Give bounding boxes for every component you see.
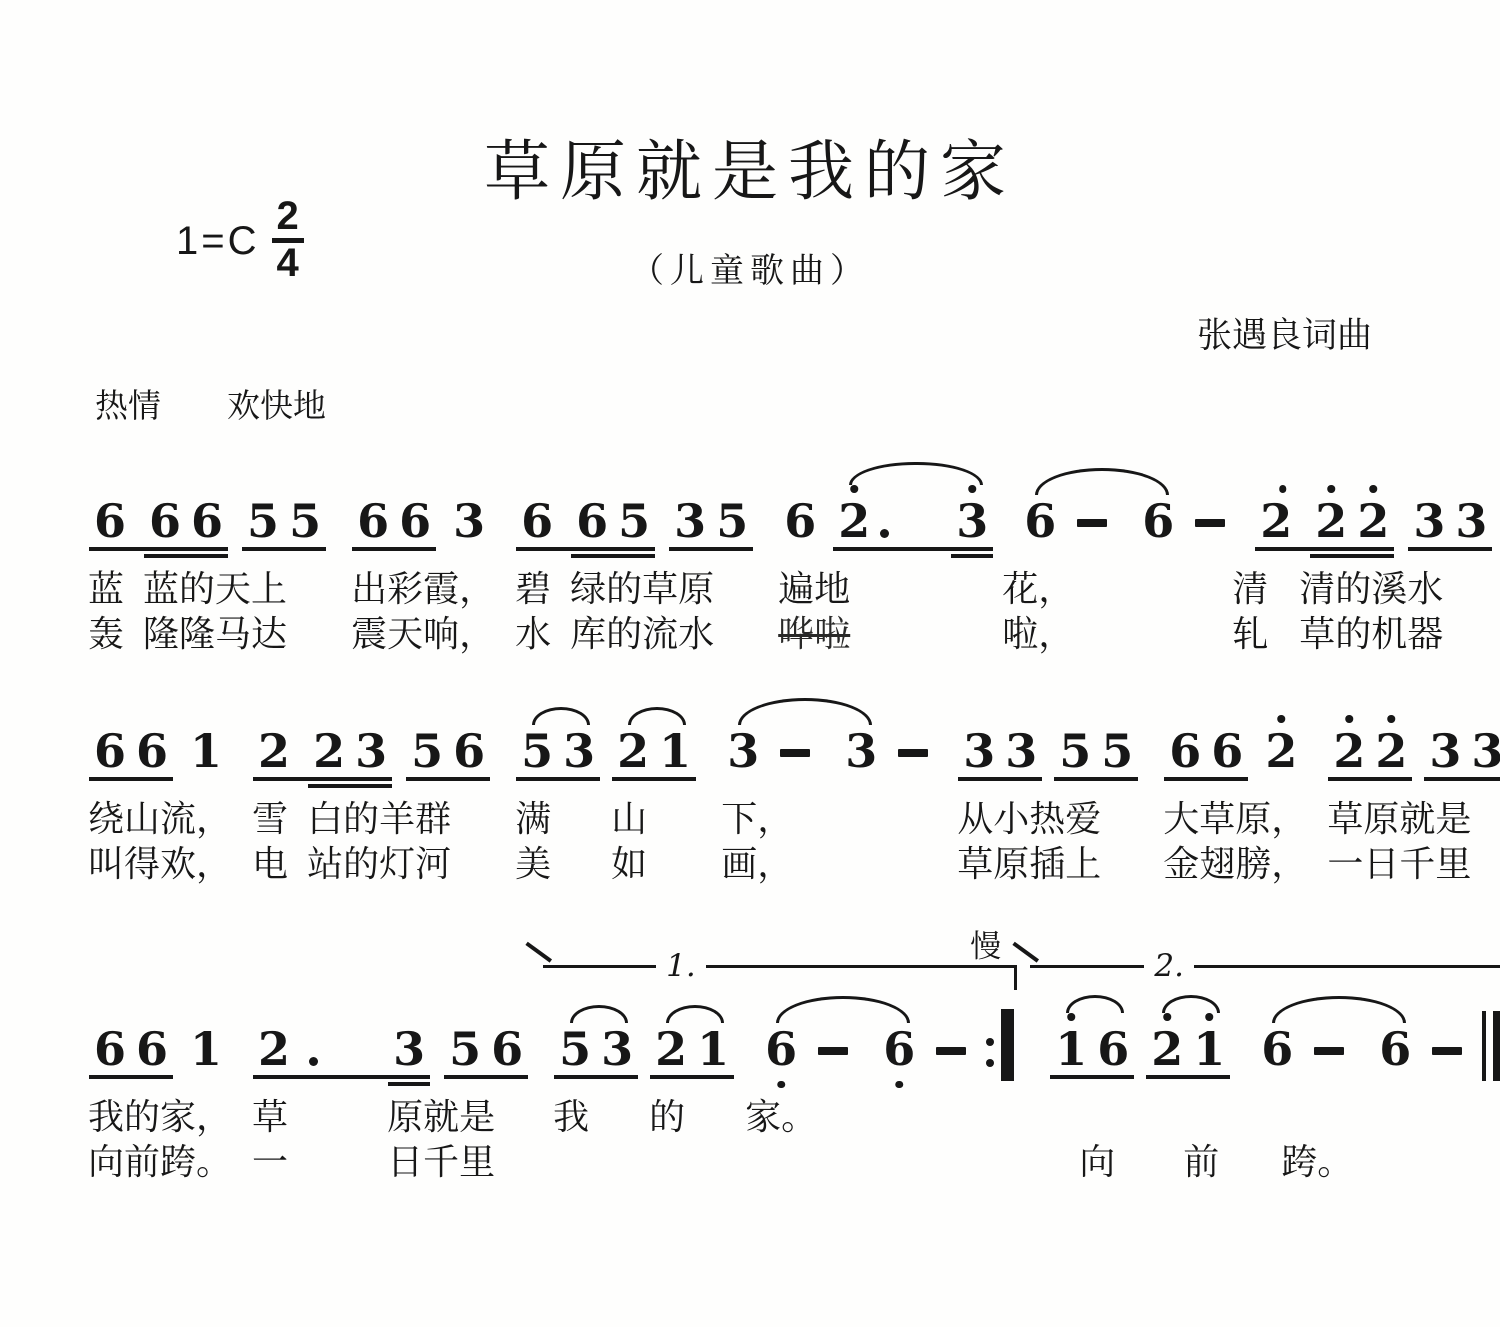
note-digit: 6 [491, 1027, 523, 1071]
measure: 6 [1252, 1027, 1352, 1071]
note-group: 6 [1256, 1027, 1298, 1071]
measure: 22233 [1251, 499, 1496, 543]
lyric-segment: 我的家， [88, 1089, 232, 1140]
octave-dot-high [1067, 1013, 1075, 1021]
underline-beam [1206, 777, 1248, 781]
note-group: 21 [612, 729, 696, 773]
note: 6 [1256, 1027, 1298, 1071]
note-group: 6 [779, 499, 821, 543]
underline-beam [131, 777, 173, 781]
note: 3 [558, 729, 600, 773]
note-digit: 3 [1455, 499, 1487, 543]
underline-beam [242, 547, 284, 551]
score-body: 66655663665356236622233蓝蓝的天上出彩霞，碧绿的草原遍地花… [0, 461, 1500, 1179]
underline-beam [1164, 777, 1206, 781]
note-digit: 2 [313, 729, 345, 773]
underline-beam [144, 547, 186, 551]
note-digit: 3 [956, 499, 988, 543]
lyric-segment: 一日千里 [1327, 836, 1471, 887]
note-digit: 3 [1429, 729, 1461, 773]
note-digit: 6 [883, 1027, 915, 1071]
note-digit: 3 [845, 729, 877, 773]
underline-beam [253, 777, 308, 781]
lyric-segment: 草原插上 [957, 836, 1101, 887]
note: 3 [1450, 499, 1492, 543]
note: 3 [1424, 729, 1466, 773]
underline-beam [350, 777, 392, 781]
time-signature-numerator: 2 [272, 196, 304, 243]
note-digit: 6 [357, 499, 389, 543]
note-digit: 1 [659, 729, 691, 773]
note-group: 666 [89, 499, 228, 543]
measure: 661 [85, 1027, 231, 1071]
note-digit: 3 [1413, 499, 1445, 543]
slow-tempo-mark: 慢 [970, 921, 1001, 966]
lyric-segment: 向前跨。 [88, 1134, 232, 1185]
underline-beam [612, 777, 654, 781]
time-signature-denominator: 4 [272, 243, 304, 284]
measure: 2233 [1324, 729, 1500, 773]
note: 1 [1050, 1027, 1092, 1071]
volta-label-1: 1. [656, 948, 706, 984]
underline-beam [516, 777, 558, 781]
final-barline [1482, 1011, 1500, 1081]
note: 5 [242, 499, 284, 543]
note-digit: 2 [258, 729, 290, 773]
duration-dot [875, 499, 951, 543]
note: 6 [89, 499, 144, 543]
note-group: 66 [352, 499, 436, 543]
note: 3 [951, 499, 993, 543]
lyrics-row-verse1: 蓝蓝的天上出彩霞，碧绿的草原遍地花，清清的溪水 [85, 561, 1460, 606]
note: 6 [878, 1027, 920, 1071]
note: 6 [131, 1027, 173, 1071]
note: 6 [1019, 499, 1061, 543]
octave-dot-low [895, 1081, 903, 1089]
note-digit: 5 [449, 1027, 481, 1071]
underline-beam [89, 547, 144, 551]
octave-dot-high [1388, 715, 1396, 723]
underline-beam [558, 777, 600, 781]
underline-beam [253, 1075, 304, 1079]
repeat-dots [986, 1023, 994, 1081]
note-digit: 1 [697, 1027, 729, 1071]
note-digit: 5 [411, 729, 443, 773]
note-group: 665 [516, 499, 655, 543]
note-digit: 2 [655, 1027, 687, 1071]
lyric-segment: 碧 [515, 561, 551, 612]
note-group: 1 [185, 1027, 227, 1071]
note: 6 [1374, 1027, 1416, 1071]
note: 2 [308, 729, 350, 773]
lyric-segment: 一 [252, 1134, 288, 1185]
underline-beam [692, 1075, 734, 1079]
note: 2 [253, 729, 308, 773]
underline-beam [131, 1075, 173, 1079]
note-digit: 2 [1333, 729, 1365, 773]
lyric-segment: 山 [611, 791, 647, 842]
note-group: 6 [1137, 499, 1179, 543]
note: 6 [1137, 499, 1179, 543]
slur [849, 462, 983, 485]
note-group: 21 [650, 1027, 734, 1071]
lyric-segment: 叫得欢， [88, 836, 232, 887]
lyric-segment: 出彩霞， [351, 561, 495, 612]
note-digit: 6 [191, 499, 223, 543]
dash-prolong [818, 1047, 848, 1055]
measure: 6 [756, 1027, 856, 1071]
underline-beam [1310, 554, 1352, 558]
underline-beam [1408, 547, 1450, 551]
measure: 623 [775, 499, 997, 543]
measure: 3 [836, 729, 936, 773]
note-digit: 6 [94, 499, 126, 543]
measure: 6 [1133, 499, 1233, 543]
note-digit: 2 [617, 729, 649, 773]
lyrics-row-verse1: 绕山流，雪白的羊群满山下，从小热爱大草原，草原就是 [85, 791, 1460, 836]
note-digit: 6 [94, 1027, 126, 1071]
note-group: 56 [406, 729, 490, 773]
underline-beam [650, 1075, 692, 1079]
lyric-segment: 草的机器 [1299, 606, 1443, 657]
lyric-segment: 蓝 [88, 561, 124, 612]
note-group: 6 [878, 1027, 920, 1071]
note-digit: 6 [1097, 1027, 1129, 1071]
time-signature: 2 4 [272, 196, 304, 284]
lyric-segment: 啦， [1002, 606, 1074, 657]
measure: 661 [85, 729, 231, 773]
note: 6 [1206, 729, 1248, 773]
music-notes-row: 6612235653213333556622233 [85, 691, 1460, 791]
note: 5 [1096, 729, 1138, 773]
thick-bar [1001, 1009, 1014, 1081]
composer-credit: 张遇良词曲 [0, 308, 1500, 358]
note-digit: 6 [1379, 1027, 1411, 1071]
note: 3 [596, 1027, 638, 1071]
note: 3 [840, 729, 882, 773]
lyric-segment: 的 [649, 1089, 685, 1140]
measure: 22356 [249, 729, 494, 773]
score-header: 草原就是我的家 （儿童歌曲） 1=C 2 4 张遇良词曲 热情 欢快地 [0, 0, 1500, 427]
note: 2 [1352, 499, 1394, 543]
note-group: 66 [1164, 729, 1248, 773]
underline-beam [1352, 547, 1394, 551]
note-digit: 6 [399, 499, 431, 543]
note: 1 [185, 1027, 227, 1071]
note-digit: 1 [190, 1027, 222, 1071]
tie [1035, 468, 1169, 495]
lyric-segment: 我 [553, 1089, 589, 1140]
note-group: 6 [1019, 499, 1061, 543]
note-group: 2 [1260, 729, 1302, 773]
slur [666, 1005, 724, 1023]
underline-beam [1050, 1075, 1092, 1079]
underline-beam [186, 547, 228, 551]
note-group: 22 [1328, 729, 1412, 773]
measure: 5321 [512, 729, 700, 773]
note-digit: 6 [94, 729, 126, 773]
lyric-segment: 蓝的天上 [143, 561, 287, 612]
lyric-segment: 白的羊群 [307, 791, 451, 842]
lyrics-row-verse2: 轰隆隆马达震天响，水库的流水哗啦啦，轧草的机器 [85, 606, 1460, 651]
note-digit: 5 [1101, 729, 1133, 773]
note-digit: 2 [1375, 729, 1407, 773]
underline-beam [89, 1075, 131, 1079]
note: 6 [516, 499, 571, 543]
note-digit: 1 [190, 729, 222, 773]
underline-beam [958, 777, 1000, 781]
lyrics-row-verse1: 我的家，草原就是我的家。 [85, 1089, 1460, 1134]
underline-beam [388, 1075, 430, 1079]
octave-dot-high [1328, 485, 1336, 493]
underline-beam [186, 554, 228, 558]
lyric-segment: 日千里 [387, 1134, 495, 1185]
note-digit: 2 [1260, 499, 1292, 543]
underline-beam [394, 547, 436, 551]
underline-beam [406, 777, 448, 781]
repeat-dot [986, 1059, 994, 1067]
measure: 1621 [1046, 1027, 1234, 1071]
note-digit: 2 [258, 1027, 290, 1071]
note: 3 [388, 1027, 430, 1071]
note: 6 [1164, 729, 1206, 773]
volta-bracket-1: 1. [543, 965, 1017, 990]
dash-prolong [1195, 519, 1225, 527]
octave-dot-high [968, 485, 976, 493]
note: 6 [448, 729, 490, 773]
note-group: 53 [554, 1027, 638, 1071]
key-tonic: 1=C [176, 219, 260, 264]
note: 2 [1328, 729, 1370, 773]
note-digit: 2 [1265, 729, 1297, 773]
underline-beam [669, 547, 711, 551]
note-digit: 2 [1357, 499, 1389, 543]
note: 6 [89, 1027, 131, 1071]
note: 6 [779, 499, 821, 543]
note-digit: 3 [1005, 729, 1037, 773]
note-digit: 6 [136, 729, 168, 773]
lyrics-row-verse2: 向前跨。一日千里向前跨。 [85, 1134, 1460, 1179]
tempo-marking: 热情 欢快地 [0, 380, 1500, 427]
note-digit: 5 [521, 729, 553, 773]
lyric-segment: 草 [252, 1089, 288, 1140]
underline-beam [1188, 1075, 1230, 1079]
note-digit: 6 [765, 1027, 797, 1071]
underline-beam [596, 1075, 638, 1079]
music-notes-row: 66655663665356236622233 [85, 461, 1460, 561]
note: 1 [692, 1027, 734, 1071]
note-group: 55 [1054, 729, 1138, 773]
measure: 6 [1370, 1027, 1470, 1071]
lyric-segment: 站的灯河 [307, 836, 451, 887]
lyric-segment: 轧 [1232, 606, 1268, 657]
lyric-segment: 美 [515, 836, 551, 887]
dash-prolong [1314, 1047, 1344, 1055]
note-group: 3 [448, 499, 490, 543]
duration-dot-glyph [880, 529, 889, 538]
octave-dot-low [777, 1081, 785, 1089]
note-group: 56 [444, 1027, 528, 1071]
underline-beam [1000, 777, 1042, 781]
lyric-segment: 向 [1079, 1134, 1115, 1185]
note-digit: 1 [1055, 1027, 1087, 1071]
note: 6 [89, 729, 131, 773]
note-digit: 3 [963, 729, 995, 773]
tie [1272, 996, 1406, 1023]
note: 3 [448, 499, 490, 543]
note: 3 [722, 729, 764, 773]
underline-beam [711, 547, 753, 551]
note: 6 [760, 1027, 802, 1071]
underline-beam [1255, 547, 1310, 551]
note-digit: 3 [727, 729, 759, 773]
lyric-segment: 原就是 [387, 1089, 495, 1140]
note-group: 33 [958, 729, 1042, 773]
slur [570, 1005, 628, 1023]
measure: 3355 [954, 729, 1142, 773]
note-digit: 5 [1059, 729, 1091, 773]
note: 1 [1188, 1027, 1230, 1071]
underline-beam [951, 554, 993, 558]
note-digit: 6 [1169, 729, 1201, 773]
note: 5 [516, 729, 558, 773]
underline-beam [1096, 777, 1138, 781]
lyric-segment: 家。 [745, 1089, 817, 1140]
underline-beam [1146, 1075, 1188, 1079]
note: 5 [711, 499, 753, 543]
volta-bracket-2: 2. [1030, 965, 1500, 990]
note: 3 [1000, 729, 1042, 773]
note: 2 [1260, 729, 1302, 773]
underline-beam [1310, 547, 1352, 551]
note-digit: 3 [355, 729, 387, 773]
underline-beam [304, 1075, 388, 1079]
note-group: 23 [833, 499, 993, 543]
note-group: 16 [1050, 1027, 1134, 1071]
note-digit: 5 [618, 499, 650, 543]
tie [776, 996, 910, 1023]
underline-beam [951, 547, 993, 551]
underline-beam [1054, 777, 1096, 781]
lyric-segment: 电 [252, 836, 288, 887]
lyric-segment: 从小热爱 [957, 791, 1101, 842]
underline-beam [554, 1075, 596, 1079]
note-group: 33 [1424, 729, 1500, 773]
measure: 6 [874, 1027, 974, 1071]
volta-lead-line [526, 942, 552, 962]
volta-label-2: 2. [1144, 948, 1194, 984]
note-group: 33 [1408, 499, 1492, 543]
note: 6 [144, 499, 186, 543]
note: 2 [1255, 499, 1310, 543]
note: 3 [669, 499, 711, 543]
octave-dot-high [1278, 715, 1286, 723]
lyric-segment: 遍地 [778, 561, 850, 612]
note-digit: 2 [1151, 1027, 1183, 1071]
dash-prolong [936, 1047, 966, 1055]
lyric-segment: 大草原， [1163, 791, 1307, 842]
note: 6 [571, 499, 613, 543]
note: 5 [444, 1027, 486, 1071]
note-digit: 6 [576, 499, 608, 543]
underline-beam [284, 547, 326, 551]
note-digit: 3 [1471, 729, 1500, 773]
score-line-1: 66655663665356236622233蓝蓝的天上出彩霞，碧绿的草原遍地花… [85, 461, 1460, 651]
note-group: 66 [89, 1027, 173, 1071]
note: 3 [958, 729, 1000, 773]
underline-beam [571, 547, 613, 551]
duration-dot [304, 1027, 388, 1071]
underline-beam [144, 554, 186, 558]
score-line-2: 6612235653213333556622233绕山流，雪白的羊群满山下，从小… [85, 691, 1460, 881]
lyric-segment: 哗啦 [778, 606, 850, 657]
note: 6 [486, 1027, 528, 1071]
note-digit: 6 [521, 499, 553, 543]
underline-beam [875, 547, 951, 551]
lyric-segment: 金翅膀， [1163, 836, 1307, 887]
note: 2 [612, 729, 654, 773]
tie [738, 698, 872, 725]
underline-beam [571, 554, 613, 558]
lyric-segment: 满 [515, 791, 551, 842]
underline-beam [1450, 547, 1492, 551]
underline-beam [833, 547, 875, 551]
measure: 66655 [85, 499, 330, 543]
note-group: 21 [1146, 1027, 1230, 1071]
lyric-segment: 绕山流， [88, 791, 232, 842]
underline-beam [444, 1075, 486, 1079]
note: 6 [131, 729, 173, 773]
lyric-segment: 轰 [88, 606, 124, 657]
slur [628, 707, 686, 725]
octave-dot-high [1163, 1013, 1171, 1021]
dash-prolong [898, 749, 928, 757]
lyric-segment: 清的溪水 [1299, 561, 1443, 612]
note-digit: 3 [393, 1027, 425, 1071]
note-group: 23 [253, 1027, 430, 1071]
note: 6 [186, 499, 228, 543]
octave-dot-high [1370, 485, 1378, 493]
volta-lead-line [1013, 942, 1039, 962]
note: 3 [1466, 729, 1500, 773]
underline-beam [613, 547, 655, 551]
octave-dot-high [1279, 485, 1287, 493]
note-group: 35 [669, 499, 753, 543]
lyric-segment: 草原就是 [1327, 791, 1471, 842]
slur [1066, 995, 1124, 1013]
underline-beam [1328, 777, 1370, 781]
note: 6 [352, 499, 394, 543]
note: 2 [650, 1027, 692, 1071]
underline-beam [1424, 777, 1466, 781]
lyric-segment: 花， [1002, 561, 1074, 612]
note: 3 [1408, 499, 1450, 543]
lyric-segment: 水 [515, 606, 551, 657]
underline-beam [1466, 777, 1500, 781]
lyric-segment: 隆隆马达 [143, 606, 287, 657]
note: 3 [350, 729, 392, 773]
note-digit: 6 [1261, 1027, 1293, 1071]
note-digit: 5 [559, 1027, 591, 1071]
note-digit: 6 [1211, 729, 1243, 773]
measure: 5321 [550, 1027, 738, 1071]
octave-dot-high [850, 485, 858, 493]
note: 2 [1370, 729, 1412, 773]
note-digit: 3 [453, 499, 485, 543]
underline-beam [352, 547, 394, 551]
lyric-segment: 画， [721, 836, 793, 887]
note: 2 [1310, 499, 1352, 543]
